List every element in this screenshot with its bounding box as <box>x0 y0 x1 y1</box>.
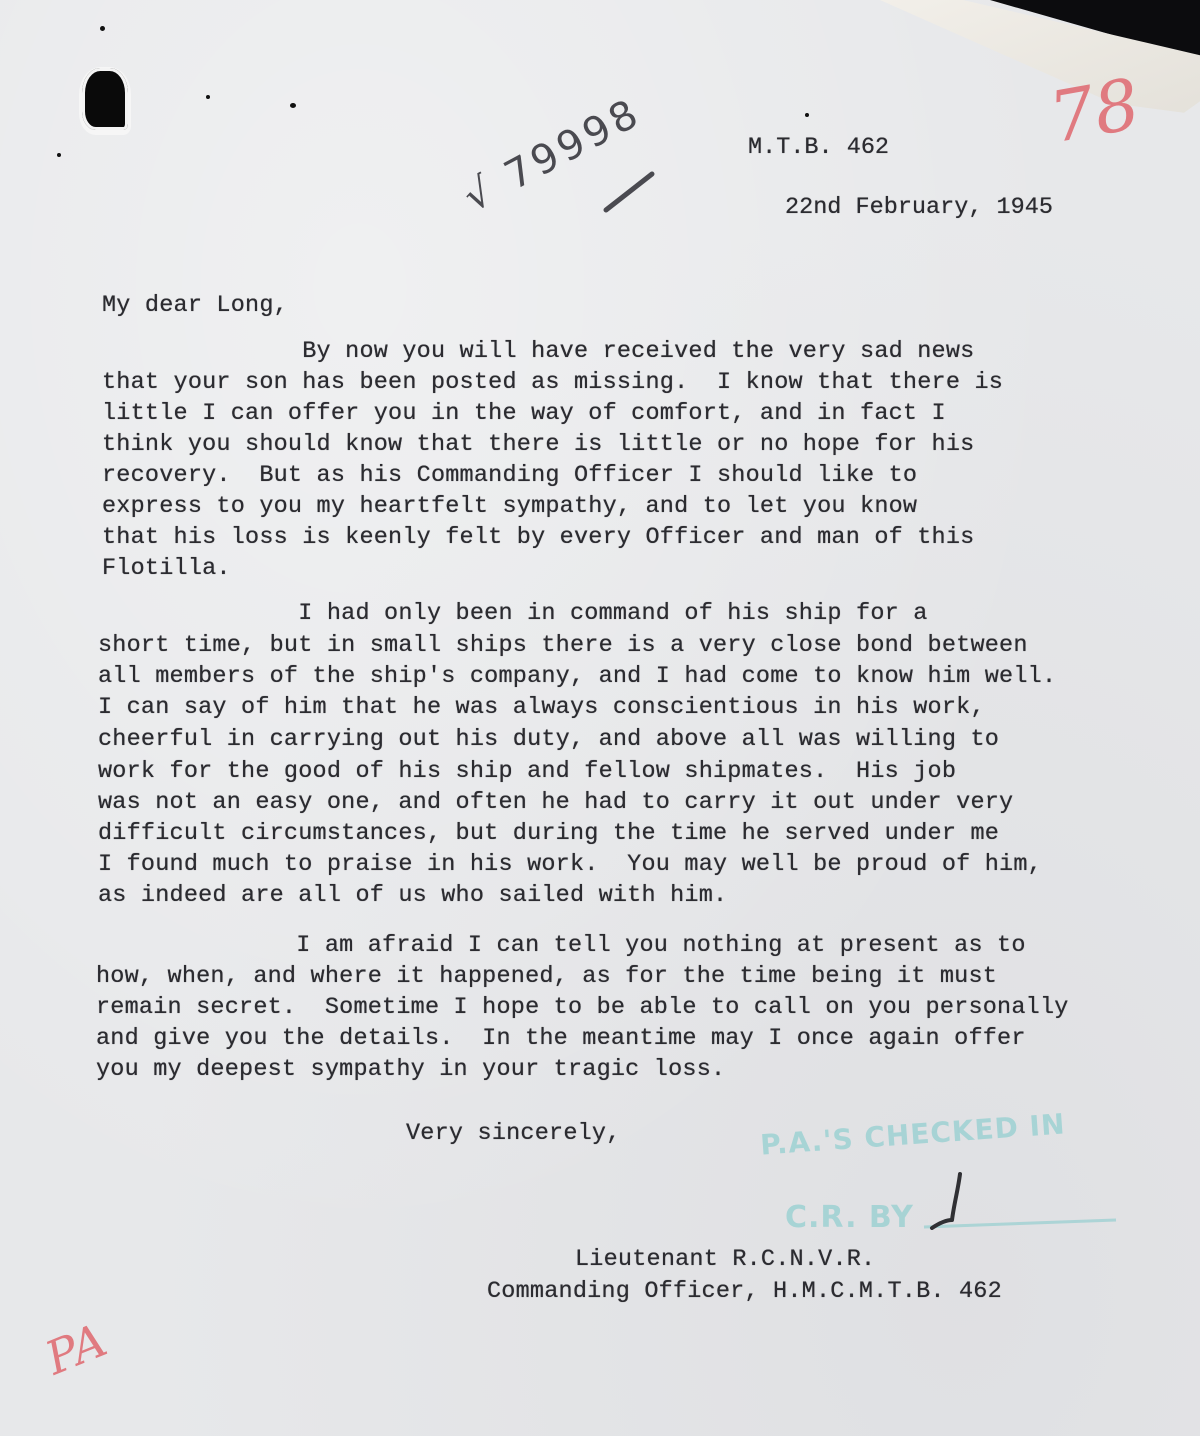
stamp-cr-by: C.R. BY <box>785 1200 914 1235</box>
text-line: I found much to praise in his work. You … <box>98 849 1042 880</box>
punch-hole <box>82 68 128 130</box>
text-line: that his loss is keenly felt by every Of… <box>102 522 974 553</box>
closing: Very sincerely, <box>406 1118 621 1149</box>
text-line: I am afraid I can tell you nothing at pr… <box>96 930 1026 961</box>
ink-speck <box>290 103 296 108</box>
text-line: short time, but in small ships there is … <box>98 630 1028 661</box>
text-line: as indeed are all of us who sailed with … <box>98 880 727 911</box>
text-line: Flotilla. <box>102 553 231 584</box>
text-line: remain secret. Sometime I hope to be abl… <box>96 992 1069 1023</box>
ink-speck <box>57 153 61 157</box>
text-line: express to you my heartfelt sympathy, an… <box>102 491 917 522</box>
text-line: difficult circumstances, but during the … <box>98 818 999 849</box>
text-line: all members of the ship's company, and I… <box>98 661 1056 692</box>
text-line: that your son has been posted as missing… <box>102 367 1003 398</box>
signature-rank: Lieutenant R.C.N.V.R. <box>575 1244 875 1275</box>
signature-title: Commanding Officer, H.M.C.M.T.B. 462 <box>487 1276 1002 1307</box>
text-line: and give you the details. In the meantim… <box>96 1023 1026 1054</box>
text-line: cheerful in carrying out his duty, and a… <box>98 724 999 755</box>
text-line: was not an easy one, and often he had to… <box>98 787 1013 818</box>
text-line: work for the good of his ship and fellow… <box>98 756 956 787</box>
text-line: little I can offer you in the way of com… <box>102 398 946 429</box>
text-line: I had only been in command of his ship f… <box>98 598 928 629</box>
letter-date: 22nd February, 1945 <box>785 194 1053 221</box>
ink-speck <box>805 113 809 117</box>
text-line: how, when, and where it happened, as for… <box>96 961 997 992</box>
text-line: By now you will have received the very s… <box>102 336 974 367</box>
red-pencil-mark-top: 78 <box>1044 63 1146 159</box>
salutation: My dear Long, <box>102 290 288 321</box>
text-line: I can say of him that he was always cons… <box>98 692 985 723</box>
text-line: recovery. But as his Commanding Officer … <box>102 460 917 491</box>
pencil-stroke <box>600 168 660 218</box>
ink-speck <box>100 26 105 31</box>
signature-mark <box>928 1170 968 1230</box>
vessel-designation: M.T.B. 462 <box>748 134 889 161</box>
text-line: you my deepest sympathy in your tragic l… <box>96 1054 725 1085</box>
ink-speck <box>206 95 210 99</box>
text-line: think you should know that there is litt… <box>102 429 974 460</box>
